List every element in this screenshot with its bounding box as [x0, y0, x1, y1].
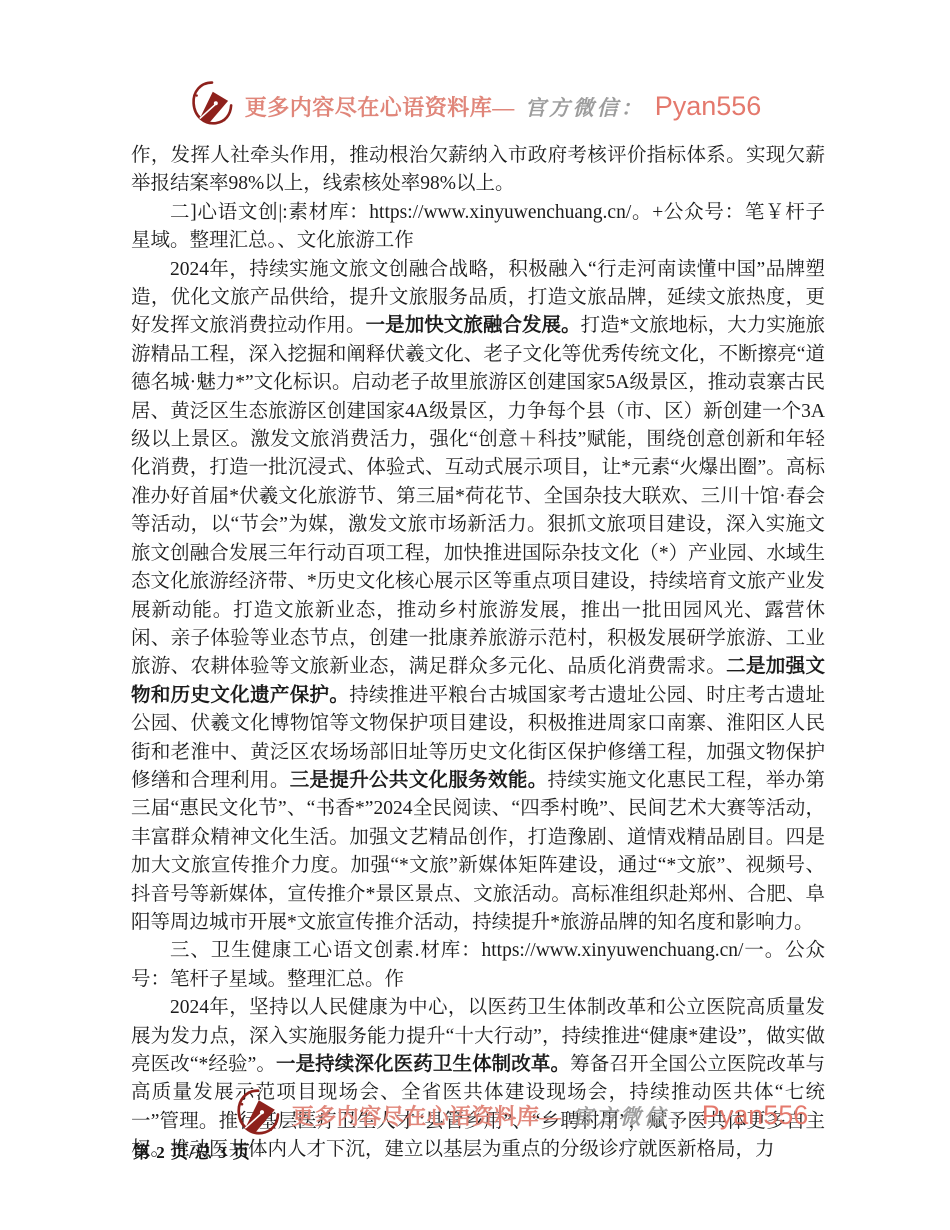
text-run: 持续实施文化惠民工程，举办第三届“惠民文化节”、“书香*”2024全民阅读、“四…: [131, 770, 825, 933]
document-page: 更多内容尽在心语资料库— 官方微信： Pyan556 作，发挥人社牵头作用，推动…: [0, 0, 950, 1230]
text-run: 二]心语文创|:素材库：https://www.xinyuwenchuang.c…: [131, 202, 825, 251]
text-run: 三、卫生健康工心语文创素.材库：https://www.xinyuwenchua…: [131, 940, 825, 989]
watermark-wechat-id: Pyan556: [702, 1100, 809, 1131]
pen-nib-logo-icon: [189, 78, 235, 135]
paragraph-health-heading: 三、卫生健康工心语文创素.材库：https://www.xinyuwenchua…: [131, 937, 825, 994]
bold-heading-run: 一是加快文旅融合发展。: [366, 315, 581, 336]
watermark-wechat-label: 官方微信：: [525, 92, 645, 122]
document-body: 作，发挥人社牵头作用，推动根治欠薪纳入市政府考核评价指标体系。实现欠薪举报结案率…: [131, 142, 825, 1165]
watermark-wechat-label: 官方微信：: [572, 1101, 692, 1131]
paragraph-source-note: 二]心语文创|:素材库：https://www.xinyuwenchuang.c…: [131, 199, 825, 256]
bold-heading-run: 三是提升公共文化服务效能。: [290, 770, 548, 791]
paragraph-continuation: 作，发挥人社牵头作用，推动根治欠薪纳入市政府考核评价指标体系。实现欠薪举报结案率…: [131, 142, 825, 199]
header-watermark: 更多内容尽在心语资料库— 官方微信： Pyan556: [0, 78, 950, 135]
page-number: 第 2 页/总 3 页: [133, 1138, 251, 1163]
text-run: 打造*文旅地标，大力实施旅游精品工程，深入挖掘和阐释伏羲文化、老子文化等优秀传统…: [131, 315, 825, 677]
footer-watermark: 更多内容尽在心语资料库— 官方微信： Pyan556: [46, 1086, 950, 1145]
watermark-brand-text: 更多内容尽在心语资料库—: [245, 91, 515, 122]
text-run: 作，发挥人社牵头作用，推动根治欠薪纳入市政府考核评价指标体系。实现欠薪举报结案率…: [131, 145, 825, 194]
watermark-brand-text: 更多内容尽在心语资料库—: [292, 1100, 562, 1131]
paragraph-culture-tourism: 2024年，持续实施文旅文创融合战略，积极融入“行走河南读懂中国”品牌塑造，优化…: [131, 256, 825, 938]
watermark-wechat-id: Pyan556: [655, 91, 762, 122]
bold-heading-run: 一是持续深化医药卫生体制改革。: [276, 1054, 570, 1075]
pen-nib-logo-icon: [234, 1086, 282, 1145]
